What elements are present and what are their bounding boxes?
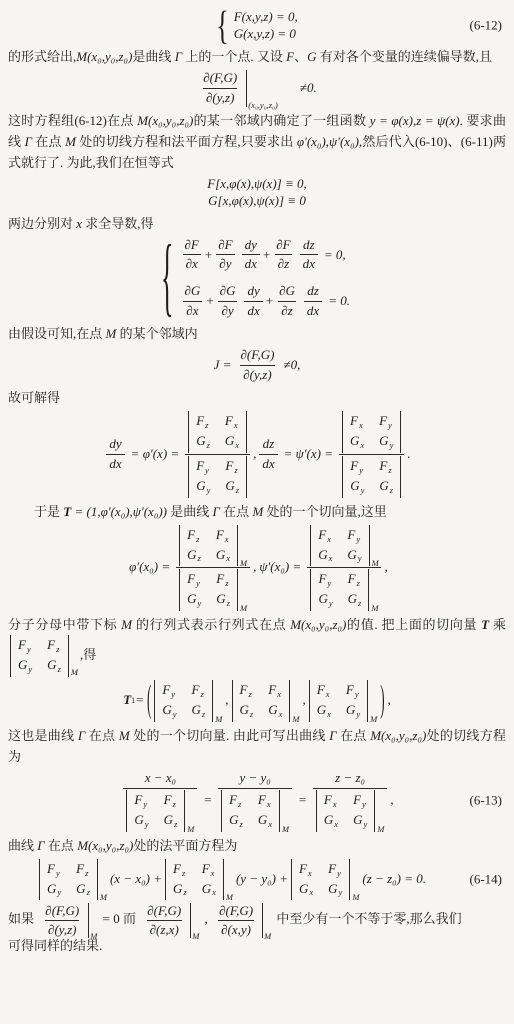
determinant-yz-M: FyFzGyGzM: [39, 859, 107, 901]
determinant-xy-M: FxFyGxGyM: [291, 859, 359, 901]
phi-prime-x0: φ′(x₀) =: [129, 559, 170, 576]
determinant-zx: FzFxGzGx: [179, 525, 238, 567]
system-row-G: ∂G∂x + ∂G∂y dydx + ∂G∂z dzdx = 0.: [179, 283, 353, 320]
equation-tag-6-12: (6-12): [470, 17, 503, 34]
determinant-yz: FyFzGyGz: [342, 456, 401, 498]
jacobian-fraction: ∂(F,G) ∂(y,z): [200, 70, 240, 107]
identity-equations: F[x,φ(x),ψ(x)] ≡ 0, G[x,φ(x),ψ(x)] ≡ 0: [8, 176, 506, 210]
jacobian-J-equation: J = ∂(F,G) ∂(y,z) ≠0,: [8, 347, 506, 384]
equation-line-G: G(x,y,z) = 0: [234, 26, 296, 43]
phi-prime-lhs: = φ′(x) =: [131, 446, 180, 463]
paragraph-hence-solve: 故可解得: [8, 387, 506, 408]
equation-line-F: F(x,y,z) = 0,: [234, 9, 298, 26]
left-brace: {: [161, 234, 173, 322]
plus-sign: +: [266, 293, 273, 310]
equation-tag-6-14: (6-14): [470, 871, 503, 888]
paragraph-by-assumption: 由假设可知,在点 M 的某个邻域内: [8, 323, 506, 344]
determinant-yz: FyFzGyGz: [179, 569, 238, 611]
comma: ,: [303, 692, 306, 709]
jacobian-condition: ∂(F,G) ∂(y,z) (x₀,y₀,z₀) ≠0.: [8, 70, 506, 107]
dydx-fraction: dydx: [106, 436, 124, 473]
det-ratio-M: FxFyGxGyM FyFzGyGzM: [307, 525, 381, 612]
phi-psi-at-x0: φ′(x₀) = FzFxGzGxM FyFzGyGzM , ψ′(x₀) = …: [8, 525, 506, 612]
paragraph-text: 中至少有一个不等于零,那么我们: [276, 911, 461, 926]
determinant-xy-M: FxFyGxGyM: [309, 680, 377, 722]
tangent-fraction-x: x − x₀ FyFzGyGzM: [123, 770, 197, 832]
big-right-paren: ): [380, 676, 384, 725]
trailing-comma: ,: [385, 559, 388, 576]
determinant-yz: FyFzGyGz: [310, 569, 369, 611]
separator-comma: ,: [253, 559, 256, 576]
period: .: [407, 446, 410, 463]
paragraph-final-condition: 如果 ∂(F,G)∂(y,z)M = 0 而 ∂(F,G)∂(z,x)M , ∂…: [8, 903, 506, 953]
determinant-zx-M: FzFxGzGxM: [232, 680, 300, 722]
jacobian-zx-at-M: ∂(F,G)∂(z,x)M: [141, 903, 199, 937]
equals: =: [203, 792, 212, 809]
paragraph-tangent-line-intro: 这也是曲线 Γ 在点 M 处的一个切向量. 由此可写出曲线 Γ 在点 M(x₀,…: [8, 725, 506, 767]
evaluation-bar: [246, 70, 247, 107]
determinant-yz: FyFzGyGz: [188, 456, 247, 498]
plus-sign: +: [205, 247, 212, 264]
plus-sign: +: [263, 247, 270, 264]
cases-rows: F(x,y,z) = 0, G(x,y,z) = 0: [234, 9, 298, 43]
cases-group: { ∂F∂x + ∂F∂y dydx + ∂F∂z dzdx = 0, ∂G∂x…: [161, 237, 353, 321]
equals: =: [135, 692, 144, 709]
jacobian-fraction: ∂(F,G) ∂(y,z): [237, 347, 277, 384]
paragraph-total-derivative: 两边分别对 x 求全导数,得: [8, 213, 506, 234]
term-x: (x − x₀) +: [110, 871, 162, 888]
equation-tag-6-13: (6-13): [470, 792, 503, 809]
derivative-system: { ∂F∂x + ∂F∂y dydx + ∂F∂z dzdx = 0, ∂G∂x…: [8, 237, 506, 321]
left-brace: {: [216, 6, 228, 46]
det-ratio-M: FzFxGzGxM FyFzGyGzM: [176, 525, 250, 612]
paragraph-text: ,: [205, 911, 208, 926]
paragraph-normal-plane-intro: 曲线 Γ 在点 M(x₀,y₀,z₀)处的法平面方程为: [8, 835, 506, 856]
tangent-fraction-y: y − y₀ FzFxGzGxM: [218, 770, 292, 832]
determinant-xy: FxFyGxGy: [310, 525, 369, 567]
paragraph-form-given: 的形式给出,M(x₀,y₀,z₀)是曲线 Γ 上的一个点. 又设 F、G 有对各…: [8, 46, 506, 67]
equals-zero: = 0,: [324, 247, 346, 264]
evaluated-jacobian: ∂(F,G) ∂(y,z) (x₀,y₀,z₀): [197, 70, 278, 107]
inline-determinant: FyFzGyGzM: [10, 635, 78, 677]
evaluation-point: (x₀,y₀,z₀): [248, 100, 278, 111]
J-lhs: J =: [214, 357, 232, 374]
nonzero-text: ≠0,: [283, 357, 300, 374]
T1-symbol: T: [123, 692, 131, 709]
separator-comma: ,: [253, 446, 256, 463]
paragraph-text: 如果: [8, 911, 34, 926]
textbook-page: { F(x,y,z) = 0, G(x,y,z) = 0 (6-12) 的形式给…: [0, 0, 514, 957]
identity-F: F[x,φ(x),ψ(x)] ≡ 0,: [207, 176, 306, 193]
psi-prime-x0: ψ′(x₀) =: [259, 559, 301, 576]
derivative-solution: dydx = φ′(x) = FzFxGzGx FyFzGyGz , dzdx …: [8, 411, 506, 498]
dzdx-fraction: dzdx: [259, 436, 277, 473]
equation-6-13-tangent-line: x − x₀ FyFzGyGzM = y − y₀ FzFxGzGxM = z …: [8, 770, 506, 832]
psi-prime-lhs: = ψ′(x) =: [284, 446, 333, 463]
jacobian-xy-at-M: ∂(F,G)∂(x,y)M: [213, 903, 271, 937]
paragraph-text-last-line: 可得同样的结果.: [8, 938, 506, 954]
det-ratio: FzFxGzGx FyFzGyGz: [185, 411, 250, 498]
determinant-zx: FzFxGzGx: [188, 411, 247, 453]
plus-sign: +: [206, 293, 213, 310]
cases-group: { F(x,y,z) = 0, G(x,y,z) = 0: [216, 9, 298, 43]
determinant-yz-M: FyFzGyGzM: [154, 680, 222, 722]
paragraph-text: 分子分母中带下标 M 的行列式表示行列式在点 M(x₀,y₀,z₀)的值. 把上…: [8, 617, 506, 632]
equals: =: [298, 792, 307, 809]
big-left-paren: (: [147, 676, 151, 725]
system-row-F: ∂F∂x + ∂F∂y dydx + ∂F∂z dzdx = 0,: [179, 237, 349, 274]
det-ratio: FxFyGxGy FyFzGyGz: [339, 411, 404, 498]
paragraph-text: = 0 而: [103, 911, 136, 926]
T1-vector-equation: T1 = ( FyFzGyGzM , FzFxGzGxM , FxFyGxGyM…: [8, 680, 506, 722]
equation-system-6-12: { F(x,y,z) = 0, G(x,y,z) = 0 (6-12): [8, 9, 506, 43]
comma: ,: [225, 692, 228, 709]
term-z: (z − z₀) = 0.: [362, 871, 426, 888]
paragraph-subscript-M: 分子分母中带下标 M 的行列式表示行列式在点 M(x₀,y₀,z₀)的值. 把上…: [8, 614, 506, 677]
paragraph-tangent-vector: 于是 T = (1,φ′(x₀),ψ′(x₀)) 是曲线 Γ 在点 M 处的一个…: [8, 501, 506, 522]
nonzero-text: ≠0.: [300, 80, 317, 97]
identity-G: G[x,φ(x),ψ(x)] ≡ 0: [208, 193, 306, 210]
equals-zero: = 0.: [328, 293, 350, 310]
determinant-xy: FxFyGxGy: [342, 411, 401, 453]
jacobian-yz-at-M: ∂(F,G)∂(y,z)M: [39, 903, 97, 937]
determinant-zx-M: FzFxGzGxM: [165, 859, 233, 901]
tangent-fraction-z: z − z₀ FxFyGxGyM: [313, 770, 387, 832]
paragraph-implicit-functions: 这时方程组(6-12)在点 M(x₀,y₀,z₀)的某一邻域内确定了一组函数 y…: [8, 110, 506, 173]
cases-rows: ∂F∂x + ∂F∂y dydx + ∂F∂z dzdx = 0, ∂G∂x +…: [179, 237, 353, 321]
paragraph-text: ,得: [80, 647, 96, 662]
term-y: (y − y₀) +: [236, 871, 288, 888]
trailing-comma: ,: [390, 792, 393, 809]
equation-6-14-normal-plane: FyFzGyGzM (x − x₀) + FzFxGzGxM (y − y₀) …: [8, 859, 506, 901]
trailing-comma: ,: [388, 692, 391, 709]
